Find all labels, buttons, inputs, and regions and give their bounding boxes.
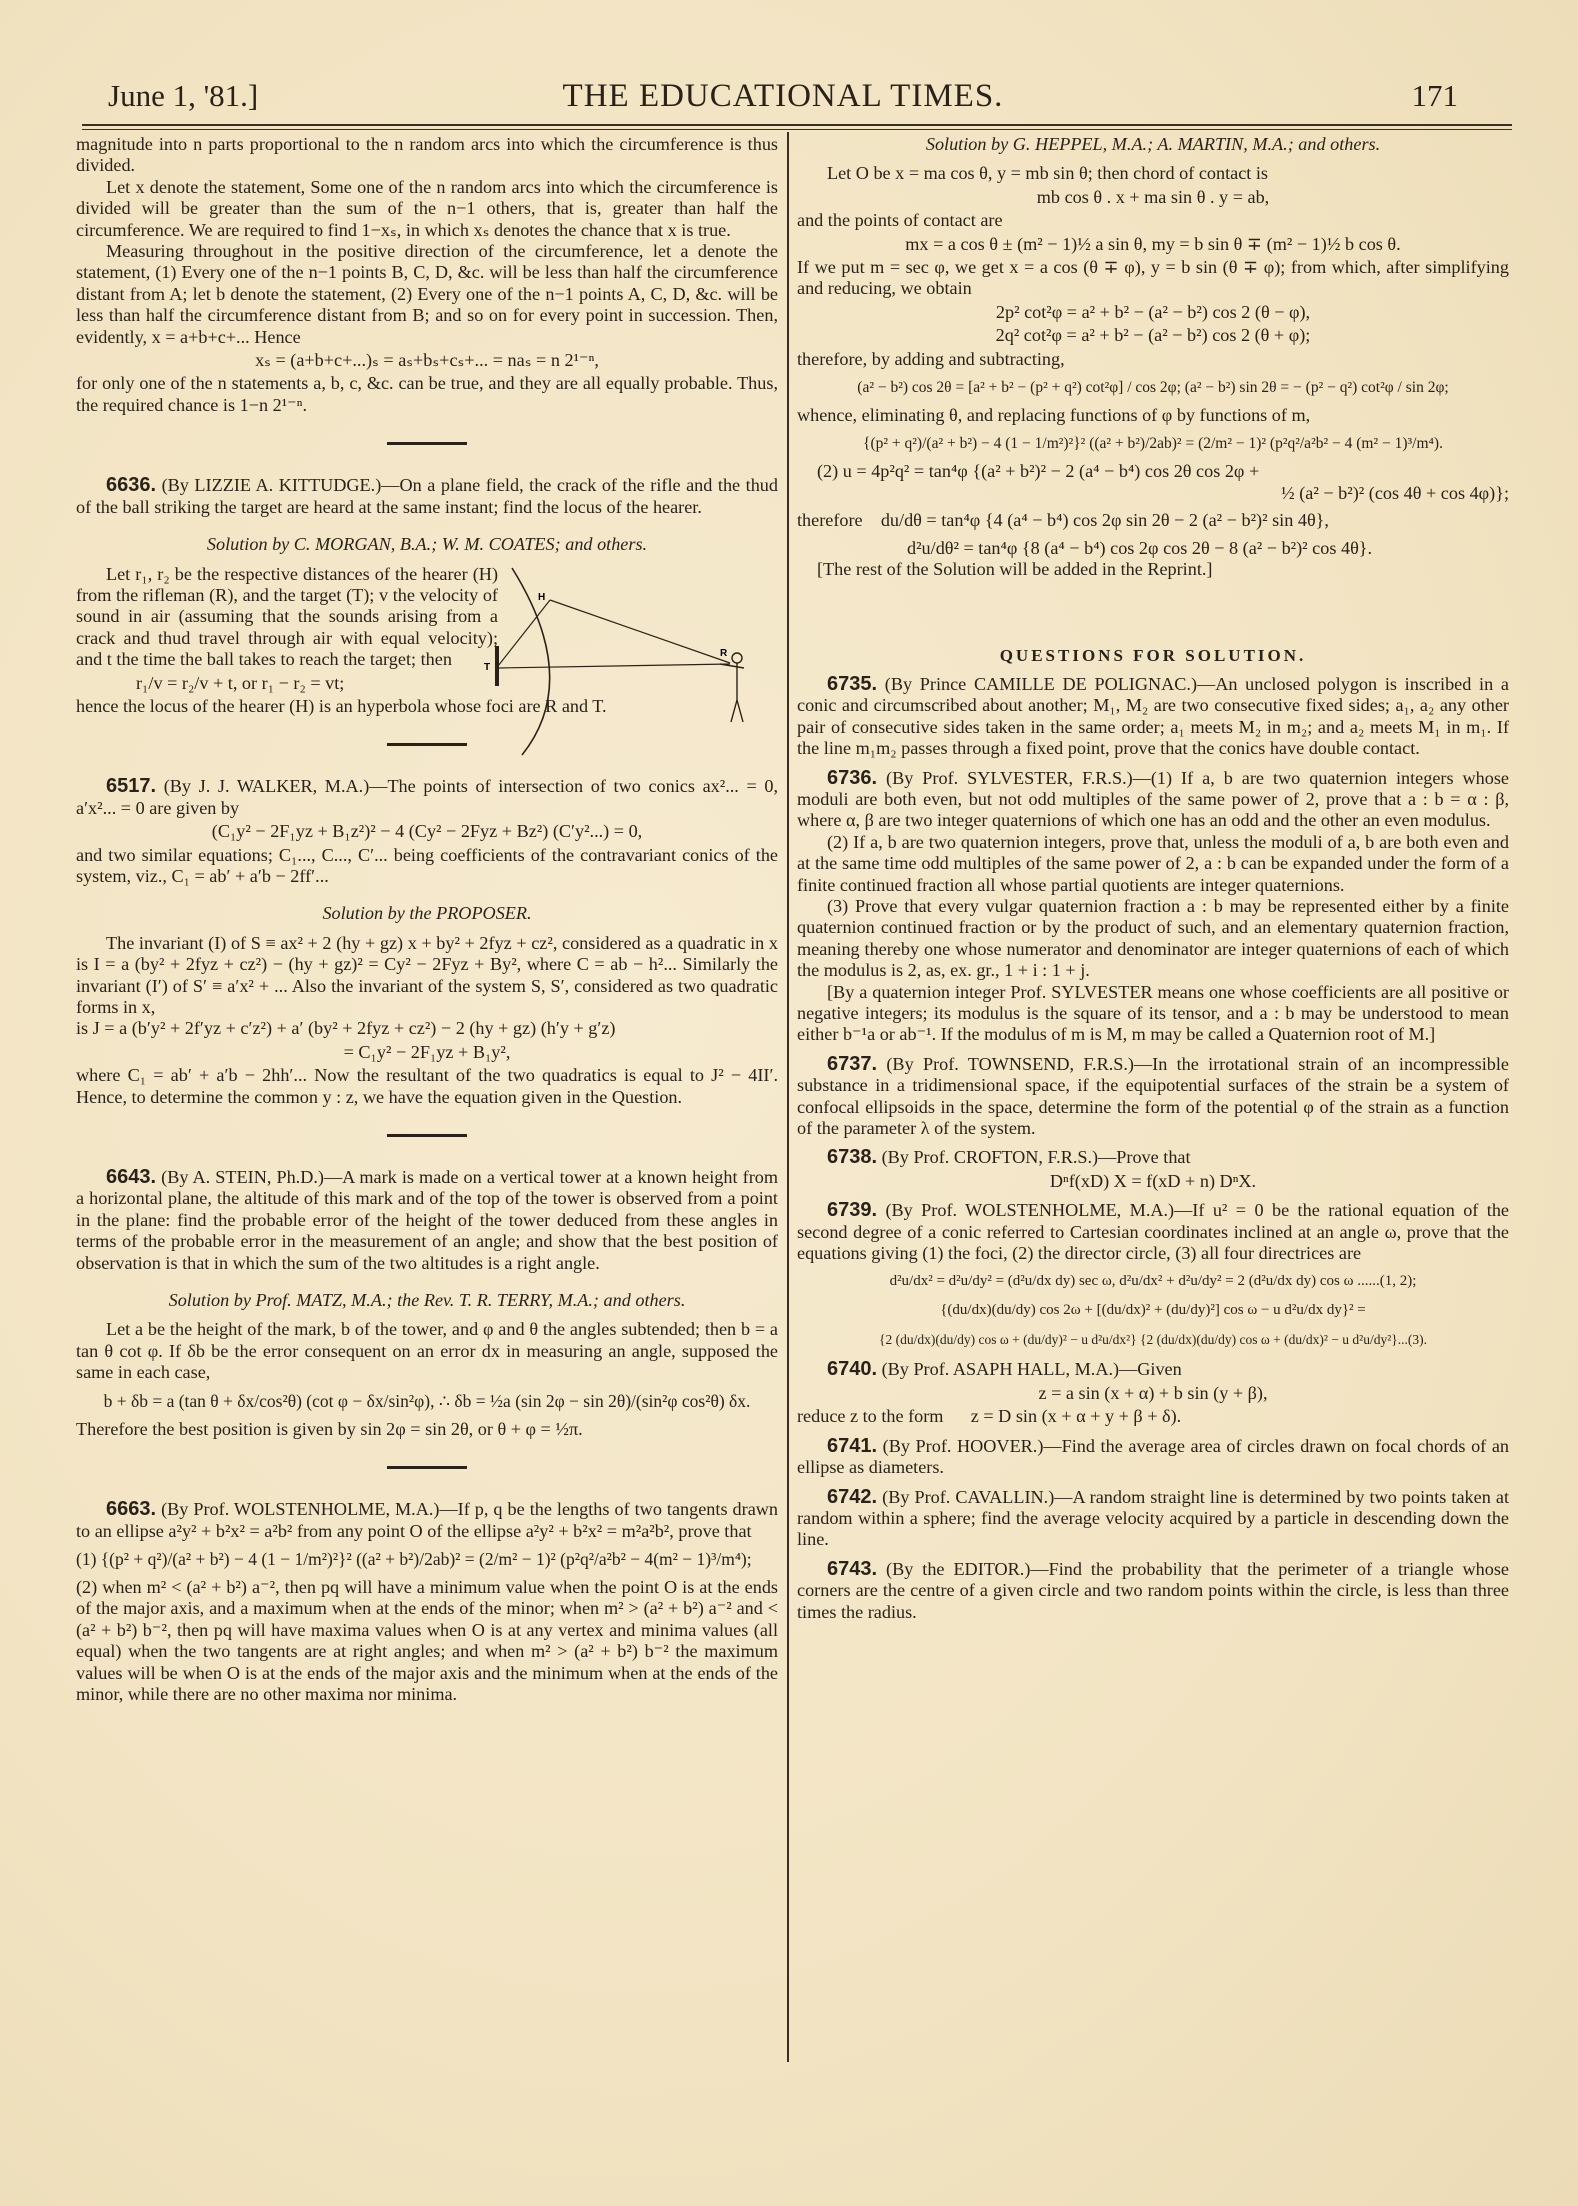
- question-6663: 6663. (By Prof. WOLSTENHOLME, M.A.)—If p…: [76, 1499, 778, 1705]
- equation: {(du/dx)(du/dy) cos 2ω + [(du/dx)² + (du…: [797, 1299, 1509, 1322]
- page-number: 171: [1412, 78, 1459, 114]
- target-icon: [495, 646, 499, 686]
- question-part: (2) If a, b are two quaternion integers,…: [797, 832, 1509, 896]
- paragraph: Let r₁, r₂ be the respective distances o…: [76, 564, 498, 671]
- solution-byline: Solution by G. HEPPEL, M.A.; A. MARTIN, …: [797, 134, 1509, 155]
- equation: ½ (a² − b²)² (cos 4θ + cos 4φ)};: [797, 483, 1509, 504]
- hyperbola-rifle-diagram: H T R: [482, 560, 772, 770]
- equation: mx = a cos θ ± (m² − 1)½ a sin θ, my = b…: [797, 234, 1509, 255]
- rifleman-icon: [720, 653, 744, 722]
- equation: (a² − b²) cos 2θ = [a² + b² − (p² + q²) …: [797, 376, 1509, 399]
- question-statement: (By A. STEIN, Ph.D.)—A mark is made on a…: [76, 1167, 778, 1273]
- equation: 2q² cot²φ = a² + b² − (a² − b²) cos 2 (θ…: [797, 325, 1509, 346]
- question-number: 6742.: [827, 1486, 877, 1508]
- section-separator: [387, 1134, 467, 1137]
- paragraph: (2) when m² < (a² + b²) a⁻², then pq wil…: [76, 1577, 778, 1705]
- paragraph: Let a be the height of the mark, b of th…: [76, 1319, 778, 1383]
- question-6741: 6741. (By Prof. HOOVER.)—Find the averag…: [797, 1436, 1509, 1479]
- question-number: 6740.: [827, 1358, 877, 1380]
- question-text: (By Prof. ASAPH HALL, M.A.)—Given: [882, 1359, 1182, 1379]
- question-6742: 6742. (By Prof. CAVALLIN.)—A random stra…: [797, 1487, 1509, 1551]
- equation: z = D sin (x + α + y + β + δ).: [971, 1406, 1181, 1426]
- question-text: (By Prof. WOLSTENHOLME, M.A.)—If u² = 0 …: [797, 1200, 1509, 1263]
- question-number: 6738.: [827, 1146, 877, 1168]
- editorial-note: [By a quaternion integer Prof. SYLVESTER…: [797, 982, 1509, 1046]
- equation: mb cos θ . x + ma sin θ . y = ab,: [797, 187, 1509, 208]
- question-6735: 6735. (By Prince CAMILLE DE POLIGNAC.)—A…: [797, 674, 1509, 760]
- label-h: H: [538, 592, 545, 603]
- question-6739: 6739. (By Prof. WOLSTENHOLME, M.A.)—If u…: [797, 1200, 1509, 1351]
- equation: 2p² cot²φ = a² + b² − (a² − b²) cos 2 (θ…: [797, 302, 1509, 323]
- solution-byline: Solution by C. MORGAN, B.A.; W. M. COATE…: [76, 534, 778, 555]
- question-6636: 6636. (By LIZZIE A. KITTUDGE.)—On a plan…: [76, 475, 778, 717]
- question-6743: 6743. (By the EDITOR.)—Find the probabil…: [797, 1559, 1509, 1623]
- paragraph: Therefore the best position is given by …: [76, 1419, 778, 1440]
- label-r: R: [720, 648, 728, 659]
- header-rule: [82, 124, 1512, 126]
- solution-byline: Solution by Prof. MATZ, M.A.; the Rev. T…: [76, 1290, 778, 1311]
- question-number: 6741.: [827, 1435, 877, 1457]
- question-text: (By Prof. HOOVER.)—Find the average area…: [797, 1436, 1509, 1477]
- paragraph: Let x denote the statement, Some one of …: [76, 177, 778, 241]
- publication-title: THE EDUCATIONAL TIMES.: [108, 78, 1458, 115]
- question-6643: 6643. (By A. STEIN, Ph.D.)—A mark is mad…: [76, 1167, 778, 1440]
- editorial-note: [The rest of the Solution will be added …: [797, 559, 1509, 580]
- solution-6663: Solution by G. HEPPEL, M.A.; A. MARTIN, …: [797, 134, 1509, 581]
- question-number: 6736.: [827, 767, 877, 789]
- paragraph: whence, eliminating θ, and replacing fun…: [797, 405, 1509, 426]
- paragraph: and two similar equations; C₁..., C..., …: [76, 845, 778, 888]
- question-6738: 6738. (By Prof. CROFTON, F.R.S.)—Prove t…: [797, 1147, 1509, 1192]
- solution-byline: Solution by the PROPOSER.: [76, 903, 778, 924]
- paragraph: and the points of contact are: [797, 210, 1509, 231]
- newspaper-page: June 1, '81.] THE EDUCATIONAL TIMES. 171…: [0, 0, 1578, 2206]
- equation: is J = a (b′y² + 2f′yz + c′z²) + a′ (by²…: [76, 1018, 778, 1039]
- question-text: (By Prof. CAVALLIN.)—A random straight l…: [797, 1487, 1509, 1550]
- question-6737: 6737. (By Prof. TOWNSEND, F.R.S.)—In the…: [797, 1054, 1509, 1140]
- column-divider: [787, 132, 789, 2062]
- paragraph: Measuring throughout in the positive dir…: [76, 241, 778, 348]
- question-text: (By Prince CAMILLE DE POLIGNAC.)—An uncl…: [797, 674, 1509, 758]
- question-6740: 6740. (By Prof. ASAPH HALL, M.A.)—Given …: [797, 1359, 1509, 1427]
- equation: = C₁y² − 2F₁yz + B₁y²,: [76, 1042, 778, 1063]
- question-text: (By Prof. SYLVESTER, F.R.S.)—(1) If a, b…: [797, 768, 1509, 831]
- paragraph: therefore, by adding and subtracting,: [797, 349, 1509, 370]
- equation: {2 (du/dx)(du/dy) cos ω + (du/dy)² − u d…: [797, 1328, 1509, 1351]
- question-number: 6743.: [827, 1558, 877, 1580]
- question-number: 6517.: [106, 775, 156, 797]
- paragraph: If we put m = sec φ, we get x = a cos (θ…: [797, 257, 1509, 300]
- paragraph: where C₁ = ab′ + a′b − 2hh′... Now the r…: [76, 1065, 778, 1108]
- paragraph: magnitude into n parts proportional to t…: [76, 134, 778, 177]
- section-separator: [387, 743, 467, 746]
- equation: (C₁y² − 2F₁yz + B₁z²)² − 4 (Cy² − 2Fyz +…: [76, 821, 778, 842]
- paragraph: The invariant (I) of S ≡ ax² + 2 (hy + g…: [76, 933, 778, 1019]
- paragraph: for only one of the n statements a, b, c…: [76, 373, 778, 416]
- question-number: 6735.: [827, 673, 877, 695]
- section-separator: [387, 1466, 467, 1469]
- equation: {(p² + q²)/(a² + b²) − 4 (1 − 1/m²)²}² (…: [797, 432, 1509, 455]
- section-separator: [387, 442, 467, 445]
- question-6736: 6736. (By Prof. SYLVESTER, F.R.S.)—(1) I…: [797, 768, 1509, 1046]
- question-number: 6663.: [106, 1498, 156, 1520]
- right-column: Solution by G. HEPPEL, M.A.; A. MARTIN, …: [797, 134, 1509, 1623]
- equation: z = a sin (x + α) + b sin (y + β),: [797, 1383, 1509, 1404]
- equation-label: reduce z to the form: [797, 1406, 943, 1426]
- question-text: (By Prof. CROFTON, F.R.S.)—Prove that: [882, 1147, 1191, 1167]
- question-text: (By the EDITOR.)—Find the probability th…: [797, 1559, 1509, 1622]
- figure-block: Let r₁, r₂ be the respective distances o…: [76, 564, 778, 671]
- running-header: June 1, '81.] THE EDUCATIONAL TIMES. 171: [108, 78, 1458, 118]
- equation: b + δb = a (tan θ + δx/cos²θ) (cot φ − δ…: [76, 1390, 778, 1413]
- section-heading: QUESTIONS FOR SOLUTION.: [797, 645, 1509, 666]
- equation: (1) {(p² + q²)/(a² + b²) − 4 (1 − 1/m²)²…: [76, 1548, 778, 1571]
- paragraph: Let O be x = ma cos θ, y = mb sin θ; the…: [797, 163, 1509, 184]
- question-text: (By Prof. TOWNSEND, F.R.S.)—In the irrot…: [797, 1054, 1509, 1138]
- question-number: 6739.: [827, 1199, 877, 1221]
- equation: xₛ = (a+b+c+...)ₛ = aₛ+bₛ+cₛ+... = naₛ =…: [76, 350, 778, 371]
- question-6517: 6517. (By J. J. WALKER, M.A.)—The points…: [76, 776, 778, 1108]
- equation: d²u/dθ² = tan⁴φ {8 (a⁴ − b⁴) cos 2φ cos …: [797, 538, 1509, 559]
- equation-label: therefore: [797, 510, 863, 530]
- equation: d²u/dx² = d²u/dy² = (d²u/dx dy) sec ω, d…: [797, 1270, 1509, 1293]
- equation: Dⁿf(xD) X = f(xD + n) DⁿX.: [797, 1171, 1509, 1192]
- question-number: 6643.: [106, 1166, 156, 1188]
- header-rule-thin: [82, 129, 1512, 130]
- question-part: (3) Prove that every vulgar quaternion f…: [797, 896, 1509, 982]
- label-t: T: [484, 662, 490, 673]
- question-number: 6636.: [106, 474, 156, 496]
- question-statement: (By J. J. WALKER, M.A.)—The points of in…: [76, 776, 778, 817]
- equation: (2) u = 4p²q² = tan⁴φ {(a² + b²)² − 2 (a…: [797, 461, 1509, 482]
- question-statement: (By LIZZIE A. KITTUDGE.)—On a plane fiel…: [76, 475, 778, 516]
- question-statement: (By Prof. WOLSTENHOLME, M.A.)—If p, q be…: [76, 1499, 778, 1540]
- question-number: 6737.: [827, 1053, 877, 1075]
- left-column: magnitude into n parts proportional to t…: [76, 134, 778, 1705]
- equation: du/dθ = tan⁴φ {4 (a⁴ − b⁴) cos 2φ sin 2θ…: [881, 510, 1329, 530]
